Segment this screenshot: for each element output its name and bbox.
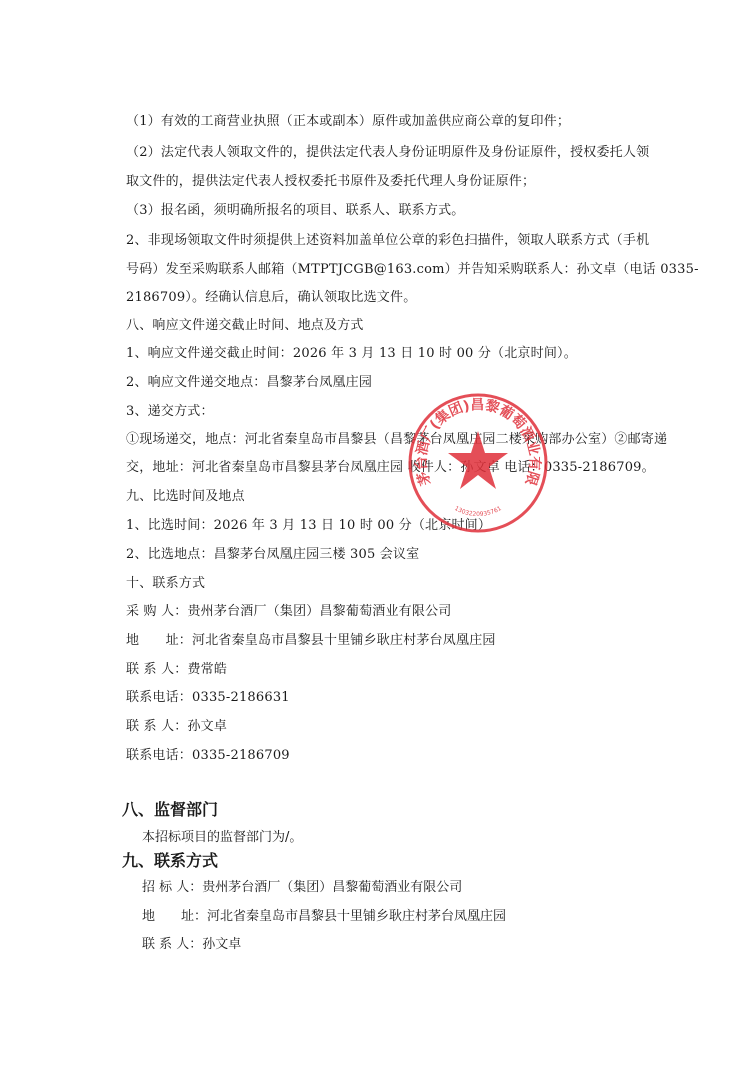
requirement-line-3: （3）报名函，须明确所报名的项目、联系人、联系方式。 [126,203,464,219]
remote-collection-line-1: 2、非现场领取文件时须提供上述资料加盖单位公章的彩色扫描件，领取人联系方式（手机 [126,233,649,249]
remote-collection-line-3: 2186709）。经确认信息后，确认领取比选文件。 [126,290,416,306]
tenderer: 招 标 人：贵州茅台酒厂（集团）昌黎葡萄酒业有限公司 [142,880,462,896]
supervision-text: 本招标项目的监督部门为/。 [142,830,302,846]
submission-deadline: 1、响应文件递交截止时间：2026 年 3 月 13 日 10 时 00 分（北… [126,346,577,362]
purchaser-address: 地 址：河北省秦皇岛市昌黎县十里铺乡耿庄村茅台凤凰庄园 [126,633,496,649]
comparison-location: 2、比选地点：昌黎茅台凤凰庄园三楼 305 会议室 [126,547,419,563]
svg-text:1303220935761: 1303220935761 [453,505,503,518]
requirement-line-2-cont: 取文件的，提供法定代表人授权委托书原件及委托代理人身份证原件； [126,174,535,190]
supervision-heading: 八、监督部门 [122,801,218,819]
company-seal-icon: 贵州茅台酒厂(集团)昌黎葡萄酒业有限公司 1303220935761 [406,391,550,535]
requirement-line-2: （2）法定代表人领取文件的，提供法定代表人身份证明原件及身份证原件，授权委托人领 [126,145,649,161]
tenderer-address: 地 址：河北省秦皇岛市昌黎县十里铺乡耿庄村茅台凤凰庄园 [142,909,506,925]
submission-method-line-1: ①现场递交，地点：河北省秦皇岛市昌黎县（昌黎茅台凤凰庄园二楼采购部办公室）②邮寄… [126,432,667,448]
contact-person-1: 联 系 人：费常皓 [126,662,227,678]
requirement-line-1: （1）有效的工商营业执照（正本或副本）原件或加盖供应商公章的复印件； [126,114,570,130]
purchaser: 采 购 人：贵州茅台酒厂（集团）昌黎葡萄酒业有限公司 [126,604,451,620]
remote-collection-line-2: 号码）发至采购联系人邮箱（MTPTJCGB@163.com）并告知采购联系人：孙… [126,262,699,278]
contact-phone-2: 联系电话：0335-2186709 [126,748,290,764]
document-page: （1）有效的工商营业执照（正本或副本）原件或加盖供应商公章的复印件； （2）法定… [0,0,756,1069]
tenderer-contact: 联 系 人：孙文卓 [142,937,241,953]
contact-person-2: 联 系 人：孙文卓 [126,719,227,735]
seal-number: 1303220935761 [453,505,503,518]
submission-location: 2、响应文件递交地点：昌黎茅台凤凰庄园 [126,375,372,391]
submission-method-label: 3、递交方式： [126,404,214,420]
contact-heading: 九、联系方式 [122,852,218,870]
section-8-heading: 八、响应文件递交截止时间、地点及方式 [126,318,364,334]
contact-phone-1: 联系电话：0335-2186631 [126,690,290,706]
section-10-heading: 十、联系方式 [126,576,205,592]
section-9-heading: 九、比选时间及地点 [126,489,245,505]
submission-method-line-2: 交，地址：河北省秦皇岛市昌黎县茅台凤凰庄园 收件人：孙文卓 电话：0335-21… [126,460,655,476]
